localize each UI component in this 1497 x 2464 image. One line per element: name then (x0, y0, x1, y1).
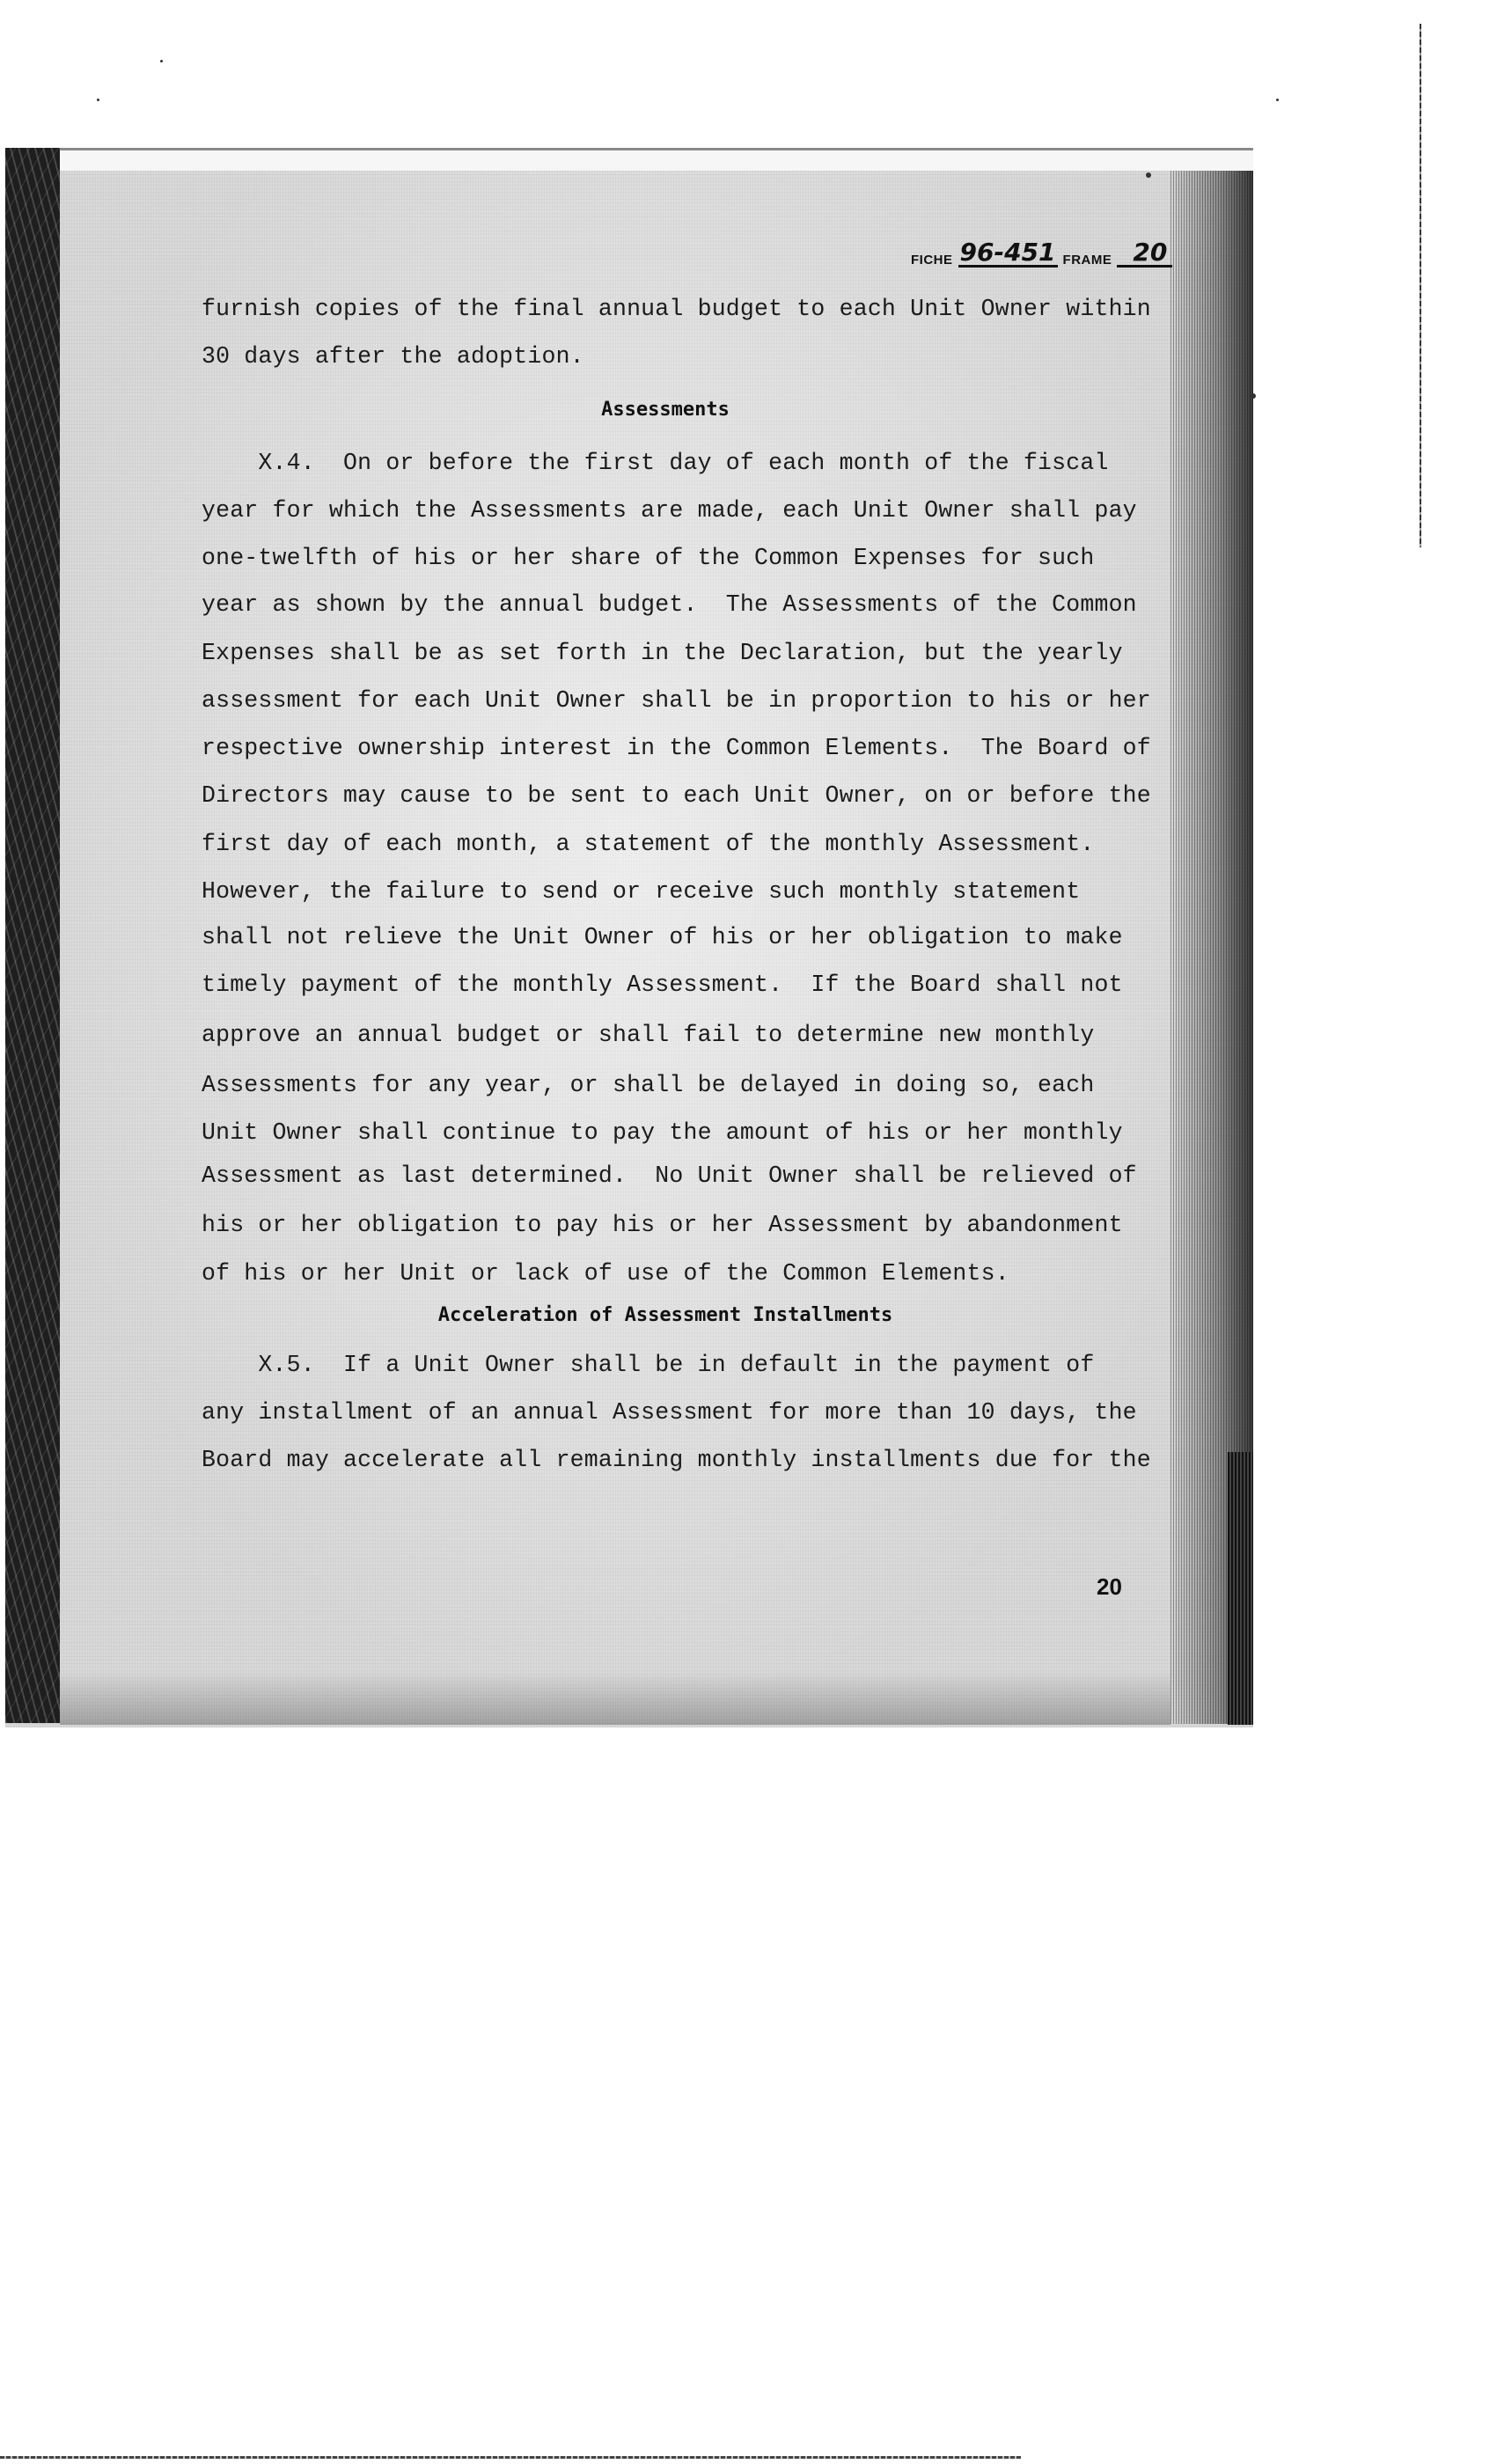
fiche-number: 96-451 (958, 240, 1058, 268)
text-line: Directors may cause to be sent to each U… (202, 782, 1151, 809)
text-line: 30 days after the adoption. (202, 343, 584, 370)
text-line: year as shown by the annual budget. The … (202, 591, 1137, 618)
frame-label: FRAME (1063, 253, 1112, 268)
scan-speck (97, 99, 99, 101)
text-line: Unit Owner shall continue to pay the amo… (202, 1119, 1123, 1146)
text-line: respective ownership interest in the Com… (202, 735, 1151, 761)
text-line: Assessments for any year, or shall be de… (202, 1072, 1094, 1098)
scan-top-edge (55, 148, 1253, 171)
scan-speck (1251, 393, 1256, 399)
text-line: assessment for each Unit Owner shall be … (202, 687, 1151, 714)
text-line: year for which the Assessments are made,… (202, 497, 1137, 524)
scan-bottom-shadow (60, 1672, 1170, 1725)
text-line: his or her obligation to pay his or her … (202, 1212, 1123, 1238)
text-line: of his or her Unit or lack of use of the… (202, 1260, 1009, 1287)
text-line: one-twelfth of his or her share of the C… (202, 545, 1094, 571)
text-line: X.4. On or before the first day of each … (202, 450, 1109, 476)
section-heading-assessments: Assessments (199, 399, 1132, 422)
fiche-label: FICHE (911, 253, 953, 268)
scan-artifact-vertical-line (1420, 24, 1421, 547)
text-line: Assessment as last determined. No Unit O… (202, 1162, 1137, 1189)
scan-right-dark-band (1228, 1452, 1253, 1725)
text-line: X.5. If a Unit Owner shall be in default… (202, 1352, 1094, 1378)
text-line: However, the failure to send or receive … (202, 878, 1080, 905)
scan-speck (1276, 99, 1279, 101)
text-line: any installment of an annual Assessment … (202, 1399, 1137, 1426)
frame-number: 20 (1117, 240, 1172, 268)
scan-speck (160, 60, 163, 62)
text-line: Board may accelerate all remaining month… (202, 1447, 1151, 1473)
page-number: 20 (1097, 1573, 1122, 1601)
text-line: Expenses shall be as set forth in the De… (202, 640, 1123, 666)
text-line: furnish copies of the final annual budge… (202, 296, 1151, 322)
text-line: shall not relieve the Unit Owner of his … (202, 924, 1123, 950)
text-line: approve an annual budget or shall fail t… (202, 1022, 1094, 1048)
fiche-stamp: FICHE 96-451 FRAME 20 (911, 231, 1172, 268)
text-line: first day of each month, a statement of … (202, 831, 1094, 857)
scan-artifact-horizontal-line (0, 2456, 1021, 2459)
scan-left-dark-border (5, 148, 60, 1723)
text-line: timely payment of the monthly Assessment… (202, 972, 1123, 998)
section-heading-acceleration: Acceleration of Assessment Installments (199, 1304, 1132, 1327)
scan-speck (1146, 172, 1151, 178)
